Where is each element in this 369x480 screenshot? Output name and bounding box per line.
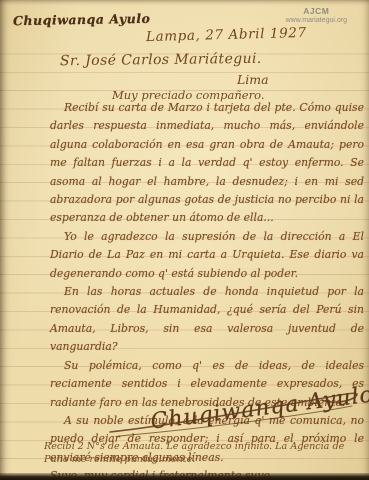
addressee-city: Lima — [237, 72, 269, 87]
archive-watermark: AJCM www.mariategui.org — [286, 6, 347, 25]
watermark-url: www.mariategui.org — [286, 17, 347, 26]
addressee-line: Sr. José Carlos Mariátegui. — [60, 51, 262, 69]
postscript: Recibí 2 N°s de Amauta. Le agradezco inf… — [44, 440, 366, 466]
dateline: Lampa, 27 Abril 1927 — [146, 25, 307, 45]
scanned-letter-page: Chuqiwanqa Ayulo AJCM www.mariategui.org… — [0, 0, 369, 480]
watermark-acronym: AJCM — [286, 6, 347, 17]
signature-block: Chuqiwanqa Ayulo — [0, 382, 369, 440]
letterhead-name: Chuqiwanqa Ayulo — [13, 11, 151, 28]
paragraph-3: En las horas actuales de honda inquietud… — [50, 283, 364, 357]
paragraph-2: Yo le agradezco la supresión de la direc… — [50, 228, 364, 283]
paragraph-1: Recibí su carta de Marzo i tarjeta del p… — [50, 99, 364, 228]
scan-bottom-edge — [0, 473, 369, 480]
